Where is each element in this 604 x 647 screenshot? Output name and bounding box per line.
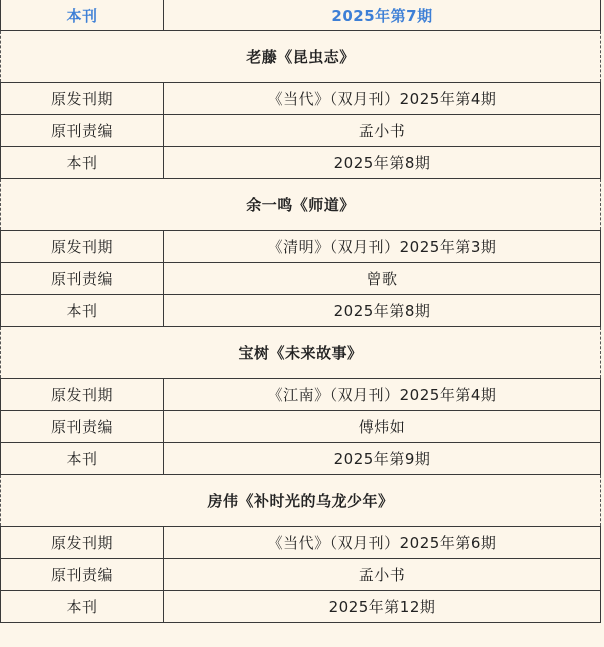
work-title-row: 房伟《补时光的乌龙少年》 bbox=[1, 475, 601, 527]
row-label: 本刊 bbox=[1, 443, 164, 475]
work-title-row: 余一鸣《师道》 bbox=[1, 179, 601, 231]
row-label: 本刊 bbox=[1, 295, 164, 327]
row-label: 原刊责编 bbox=[1, 559, 164, 591]
table-row: 原刊责编 傅炜如 bbox=[1, 411, 601, 443]
publication-table: 本刊 2025年第7期 老藤《昆虫志》 原发刊期 《当代》（双月刊）2025年第… bbox=[0, 0, 601, 623]
header-row: 本刊 2025年第7期 bbox=[1, 0, 601, 31]
table-row: 原发刊期 《当代》（双月刊）2025年第4期 bbox=[1, 83, 601, 115]
table-row: 本刊 2025年第8期 bbox=[1, 295, 601, 327]
row-label: 原刊责编 bbox=[1, 411, 164, 443]
table-row: 原发刊期 《江南》（双月刊）2025年第4期 bbox=[1, 379, 601, 411]
work-title-row: 宝树《未来故事》 bbox=[1, 327, 601, 379]
row-value: 2025年第8期 bbox=[164, 147, 601, 179]
table-row: 本刊 2025年第9期 bbox=[1, 443, 601, 475]
work-title: 房伟《补时光的乌龙少年》 bbox=[1, 475, 601, 527]
row-value: 《当代》（双月刊）2025年第6期 bbox=[164, 527, 601, 559]
row-value: 曾歌 bbox=[164, 263, 601, 295]
work-title: 余一鸣《师道》 bbox=[1, 179, 601, 231]
row-value: 孟小书 bbox=[164, 559, 601, 591]
row-label: 原发刊期 bbox=[1, 379, 164, 411]
table-row: 原发刊期 《清明》（双月刊）2025年第3期 bbox=[1, 231, 601, 263]
row-label: 原刊责编 bbox=[1, 263, 164, 295]
row-label: 原发刊期 bbox=[1, 83, 164, 115]
row-value: 孟小书 bbox=[164, 115, 601, 147]
row-value: 《当代》（双月刊）2025年第4期 bbox=[164, 83, 601, 115]
work-title: 宝树《未来故事》 bbox=[1, 327, 601, 379]
row-label: 本刊 bbox=[1, 591, 164, 623]
header-value: 2025年第7期 bbox=[164, 0, 601, 31]
header-label: 本刊 bbox=[1, 0, 164, 31]
work-title-row: 老藤《昆虫志》 bbox=[1, 31, 601, 83]
row-label: 本刊 bbox=[1, 147, 164, 179]
row-label: 原发刊期 bbox=[1, 527, 164, 559]
row-value: 《江南》（双月刊）2025年第4期 bbox=[164, 379, 601, 411]
work-title: 老藤《昆虫志》 bbox=[1, 31, 601, 83]
table-row: 原发刊期 《当代》（双月刊）2025年第6期 bbox=[1, 527, 601, 559]
table-row: 本刊 2025年第8期 bbox=[1, 147, 601, 179]
row-value: 《清明》（双月刊）2025年第3期 bbox=[164, 231, 601, 263]
row-value: 2025年第8期 bbox=[164, 295, 601, 327]
table-row: 原刊责编 曾歌 bbox=[1, 263, 601, 295]
row-label: 原刊责编 bbox=[1, 115, 164, 147]
row-value: 傅炜如 bbox=[164, 411, 601, 443]
table-row: 原刊责编 孟小书 bbox=[1, 559, 601, 591]
table-row: 原刊责编 孟小书 bbox=[1, 115, 601, 147]
row-value: 2025年第12期 bbox=[164, 591, 601, 623]
row-label: 原发刊期 bbox=[1, 231, 164, 263]
row-value: 2025年第9期 bbox=[164, 443, 601, 475]
table-row: 本刊 2025年第12期 bbox=[1, 591, 601, 623]
